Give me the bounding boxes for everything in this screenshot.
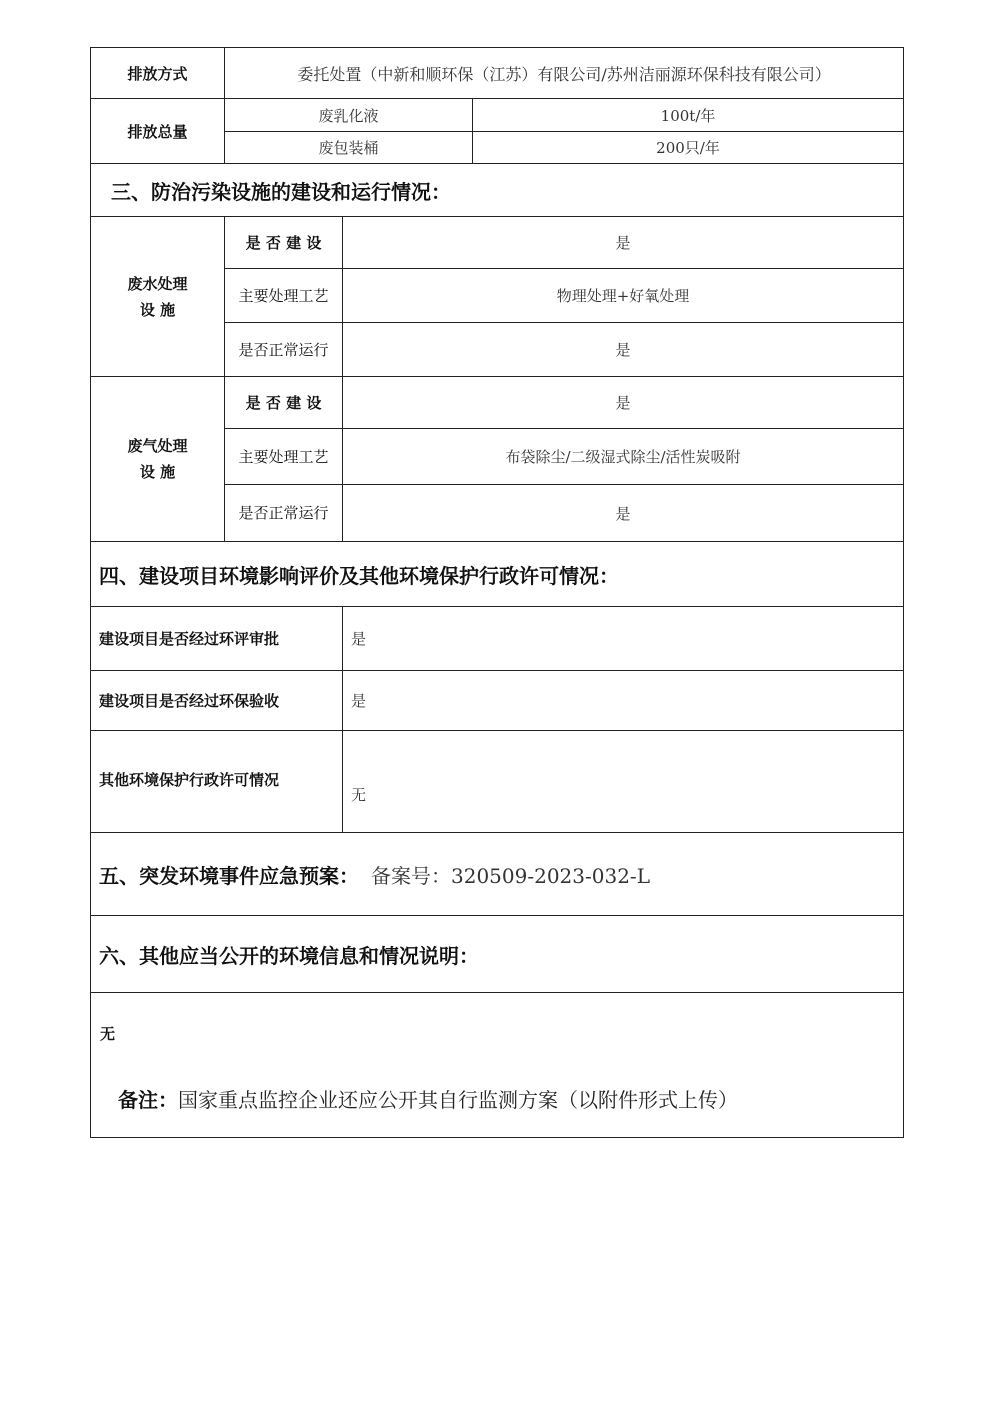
discharge-item-name: 废乳化液 [225, 99, 473, 132]
disclosure-form-page: 排放方式 委托处置（中新和顺环保（江苏）有限公司/苏州洁丽源环保科技有限公司） … [90, 47, 903, 1138]
exhaust-question: 是 否 建 设 [225, 377, 343, 429]
section6-content: 无 [100, 1023, 903, 1044]
wastewater-row-built: 废水处理 设 施 是 否 建 设 是 [91, 217, 904, 269]
wastewater-question: 主要处理工艺 [225, 269, 343, 323]
other-permit-row: 其他环境保护行政许可情况 无 [91, 731, 904, 833]
wastewater-question: 是否正常运行 [225, 323, 343, 377]
exhaust-answer: 是 [343, 377, 904, 429]
wastewater-question: 是 否 建 设 [225, 217, 343, 269]
exhaust-answer: 是 [343, 485, 904, 542]
section6-content-row: 无 备注：国家重点监控企业还应公开其自行监测方案（以附件形式上传） [91, 993, 904, 1138]
eia-approval-row: 建设项目是否经过环评审批 是 [91, 607, 904, 671]
section4-title: 四、建设项目环境影响评价及其他环境保护行政许可情况： [91, 542, 904, 607]
env-acceptance-row: 建设项目是否经过环保验收 是 [91, 671, 904, 731]
exhaust-label-line1: 废气处理 [91, 433, 224, 459]
record-label: 备案号： [371, 864, 451, 888]
section4-header-row: 四、建设项目环境影响评价及其他环境保护行政许可情况： [91, 542, 904, 607]
eia-approval-value: 是 [343, 607, 904, 671]
section3-header-row: 三、防治污染设施的建设和运行情况： [91, 164, 904, 217]
section3-title: 三、防治污染设施的建设和运行情况： [91, 164, 904, 217]
record-number: 320509-2023-032-L [451, 864, 650, 888]
section6-content-cell: 无 备注：国家重点监控企业还应公开其自行监测方案（以附件形式上传） [91, 993, 904, 1138]
discharge-total-row-1: 排放总量 废乳化液 100t/年 [91, 99, 904, 132]
wastewater-label-line2: 设 施 [91, 297, 224, 323]
discharge-item-amount: 200只/年 [473, 132, 904, 164]
env-acceptance-value: 是 [343, 671, 904, 731]
discharge-item-name: 废包装桶 [225, 132, 473, 164]
wastewater-facility-label: 废水处理 设 施 [91, 217, 225, 377]
wastewater-answer: 物理处理+好氧处理 [343, 269, 904, 323]
exhaust-facility-label: 废气处理 设 施 [91, 377, 225, 542]
wastewater-label-line1: 废水处理 [91, 271, 224, 297]
eia-approval-label: 建设项目是否经过环评审批 [91, 607, 343, 671]
exhaust-label-line2: 设 施 [91, 459, 224, 485]
section5-title: 五、突发环境事件应急预案： [99, 864, 359, 888]
disclosure-table: 排放方式 委托处置（中新和顺环保（江苏）有限公司/苏州洁丽源环保科技有限公司） … [90, 47, 904, 1138]
discharge-item-amount: 100t/年 [473, 99, 904, 132]
section6-title: 六、其他应当公开的环境信息和情况说明： [91, 916, 904, 993]
note-label: 备注： [118, 1088, 178, 1112]
other-permit-label: 其他环境保护行政许可情况 [91, 731, 343, 833]
exhaust-answer: 布袋除尘/二级湿式除尘/活性炭吸附 [343, 429, 904, 485]
note-line: 备注：国家重点监控企业还应公开其自行监测方案（以附件形式上传） [100, 1084, 903, 1113]
discharge-total-label: 排放总量 [91, 99, 225, 164]
wastewater-answer: 是 [343, 323, 904, 377]
other-permit-value: 无 [343, 731, 904, 833]
discharge-method-value: 委托处置（中新和顺环保（江苏）有限公司/苏州洁丽源环保科技有限公司） [225, 48, 904, 99]
discharge-method-label: 排放方式 [91, 48, 225, 99]
exhaust-question: 是否正常运行 [225, 485, 343, 542]
exhaust-question: 主要处理工艺 [225, 429, 343, 485]
note-text: 国家重点监控企业还应公开其自行监测方案（以附件形式上传） [178, 1088, 738, 1112]
discharge-method-row: 排放方式 委托处置（中新和顺环保（江苏）有限公司/苏州洁丽源环保科技有限公司） [91, 48, 904, 99]
exhaust-row-built: 废气处理 设 施 是 否 建 设 是 [91, 377, 904, 429]
section6-header-row: 六、其他应当公开的环境信息和情况说明： [91, 916, 904, 993]
env-acceptance-label: 建设项目是否经过环保验收 [91, 671, 343, 731]
section5-cell: 五、突发环境事件应急预案：备案号：320509-2023-032-L [91, 833, 904, 916]
wastewater-answer: 是 [343, 217, 904, 269]
section5-row: 五、突发环境事件应急预案：备案号：320509-2023-032-L [91, 833, 904, 916]
